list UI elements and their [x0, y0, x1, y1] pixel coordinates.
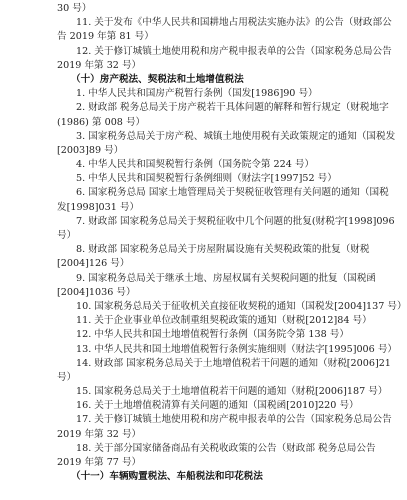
- list-item-continuation: 2019 年第 32 号）: [57, 428, 353, 442]
- list-item-continuation: [2004]1036 号）: [57, 286, 353, 300]
- document-page: 30 号）11. 关于发布《中华人民共和国耕地占用税法实施办法》的公告（财政部公…: [57, 2, 353, 484]
- list-item: 13. 中华人民共和国土地增值税暂行条例实施细则（财法字[1995]006 号）: [57, 343, 353, 357]
- section-heading: （十）房产税法、契税法和土地增值税法: [57, 73, 353, 87]
- list-item: 4. 中华人民共和国契税暂行条例（国务院令第 224 号）: [57, 158, 353, 172]
- list-item: 16. 关于土地增值税清算有关问题的通知（国税函[2010]220 号）: [57, 399, 353, 413]
- list-item: 11. 关于发布《中华人民共和国耕地占用税法实施办法》的公告（财政部公: [57, 16, 353, 30]
- section-heading: （十一）车辆购置税法、车船税法和印花税法: [57, 470, 353, 484]
- list-item-continuation: 告 2019 年第 81 号）: [57, 30, 353, 44]
- list-item: 10. 国家税务总局关于征收机关直接征收契税的通知（国税发[2004]137 号…: [57, 300, 353, 314]
- list-item: 3. 国家税务总局关于房产税、城镇土地使用税有关政策规定的通知（国税发: [57, 130, 353, 144]
- list-item-continuation: 30 号）: [57, 2, 353, 16]
- list-item: 17. 关于修订城镇土地使用税和房产税申报表单的公告（国家税务总局公告: [57, 413, 353, 427]
- list-item-continuation: (1986) 第 008 号）: [57, 116, 353, 130]
- list-item: 1. 中华人民共和国房产税暂行条例（国发[1986]90 号）: [57, 87, 353, 101]
- list-item: 9. 国家税务总局关于继承土地、房屋权属有关契税问题的批复（国税函: [57, 272, 353, 286]
- list-item: 15. 国家税务总局关于土地增值税若干问题的通知（财税[2006]187 号）: [57, 385, 353, 399]
- list-item: 18. 关于部分国家储备商品有关税收政策的公告（财政部 税务总局公告: [57, 442, 353, 456]
- list-item: 14. 财政部 国家税务总局关于土地增值税若干问题的通知（财税[2006]21: [57, 357, 353, 371]
- list-item-continuation: 发[1998]031 号）: [57, 201, 353, 215]
- list-item: 12. 关于修订城镇土地使用税和房产税申报表单的公告（国家税务总局公告: [57, 45, 353, 59]
- list-item: 5. 中华人民共和国契税暂行条例细则（财法字[1997]52 号）: [57, 172, 353, 186]
- list-item: 6. 国家税务总局 国家土地管理局关于契税征收管理有关问题的通知（国税: [57, 186, 353, 200]
- list-item-continuation: 号）: [57, 229, 353, 243]
- list-item: 8. 财政部 国家税务总局关于房屋附属设施有关契税政策的批复（财税: [57, 243, 353, 257]
- list-item: 12. 中华人民共和国土地增值税暂行条例（国务院令第 138 号）: [57, 328, 353, 342]
- list-item-continuation: [2003]89 号）: [57, 144, 353, 158]
- list-item: 2. 财政部 税务总局关于房产税若干具体问题的解释和暂行规定（财税地字: [57, 101, 353, 115]
- list-item-continuation: 2019 年第 32 号）: [57, 59, 353, 73]
- list-item-continuation: [2004]126 号）: [57, 257, 353, 271]
- list-item: 7. 财政部 国家税务总局关于契税征收中几个问题的批复(财税字[1998]096: [57, 215, 353, 229]
- list-item: 11. 关于企业事业单位改制重组契税政策的通知（财税[2012]84 号）: [57, 314, 353, 328]
- list-item-continuation: 号）: [57, 371, 353, 385]
- list-item-continuation: 2019 年第 77 号）: [57, 456, 353, 470]
